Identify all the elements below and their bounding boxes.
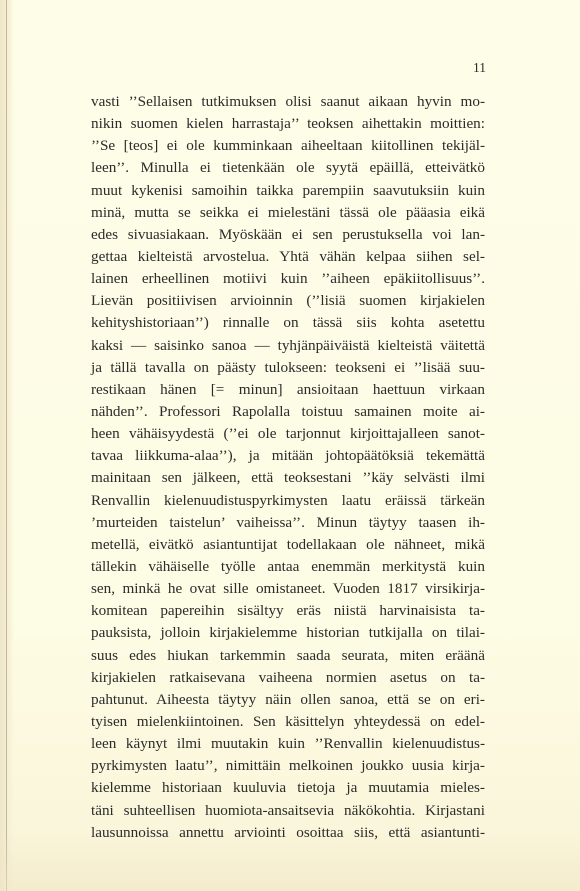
book-page: 11 vasti ’’Sellaisen tutkimuksen olisi s… [0, 0, 580, 891]
text-line: täni suhteellisen huomiota-ansaitsevia n… [91, 800, 485, 822]
text-line: ja tällä tavalla on päästy tulokseen: te… [91, 357, 485, 379]
text-line: minä, mutta se seikka ei mielestäni täss… [91, 202, 485, 224]
text-line: ’murteiden taistelun’ vaiheissa’’. Minun… [91, 512, 485, 534]
binding-edge-line [6, 0, 7, 891]
text-line: metellä, eivätkö asiantuntijat todellaka… [91, 534, 485, 556]
text-line: vasti ’’Sellaisen tutkimuksen olisi saan… [91, 91, 485, 113]
text-line: edes sivuasiakaan. Myöskään ei sen perus… [91, 224, 485, 246]
text-line: tyisen mielenkiintoinen. Sen käsittelyn … [91, 711, 485, 733]
text-line: mainitaan sen jälkeen, että teoksestani … [91, 467, 485, 489]
text-line: nähden’’. Professori Rapolalla toistuu s… [91, 401, 485, 423]
text-line: sen, minkä he ovat sille omistaneet. Vuo… [91, 578, 485, 600]
text-line: suus edes hiukan tarkemmin saada seurata… [91, 645, 485, 667]
text-line: pahtunut. Aiheesta täytyy näin ollen san… [91, 689, 485, 711]
text-line: heen vähäisyydestä (’’ei ole tarjonnut k… [91, 423, 485, 445]
text-line: kaksi — saisinko sanoa — tyhjänpäiväistä… [91, 335, 485, 357]
text-line: ’’Se [teos] ei ole kumminkaan aiheeltaan… [91, 135, 485, 157]
text-line: lainen erheellinen motiivi kuin ’’aiheen… [91, 268, 485, 290]
text-line: nikin suomen kielen harrastaja’’ teoksen… [91, 113, 485, 135]
page-number: 11 [468, 60, 486, 76]
text-line: Lievän positiivisen arvioinnin (’’lisiä … [91, 290, 485, 312]
text-line: gettaa kielteistä arvostelua. Yhtä vähän… [91, 246, 485, 268]
text-line: pyrkimysten laatu’’, nimittäin melkoinen… [91, 755, 485, 777]
text-line: komitean papereihin sisältyy eräs niistä… [91, 600, 485, 622]
body-paragraph: vasti ’’Sellaisen tutkimuksen olisi saan… [91, 91, 485, 844]
text-line: kehityshistoriaan’’) rinnalle on tässä s… [91, 312, 485, 334]
text-line: tavaa liikkuma-alaa’’), ja mitään johtop… [91, 445, 485, 467]
text-line: leen käynyt ilmi muutakin kuin ’’Renvall… [91, 733, 485, 755]
text-line: pauksista, jolloin kirjakielemme histori… [91, 622, 485, 644]
binding-gutter-shade [0, 0, 14, 891]
text-line: kirjakielen ratkaisevana vaiheena normie… [91, 667, 485, 689]
text-line: restikaan hänen [= minun] ansioitaan hae… [91, 379, 485, 401]
text-line: lausunnoissa annettu arviointi osoittaa … [91, 822, 485, 844]
text-line: kielemme historiaan kuuluvia tietoja ja … [91, 777, 485, 799]
text-line: Renvallin kielenuudistuspyrkimysten laat… [91, 490, 485, 512]
text-line: muut kykenisi samoihin taikka parempiin … [91, 180, 485, 202]
text-line: tällekin vähäiselle työlle antaa enemmän… [91, 556, 485, 578]
text-line: leen’’. Minulla ei tietenkään ole syytä … [91, 157, 485, 179]
